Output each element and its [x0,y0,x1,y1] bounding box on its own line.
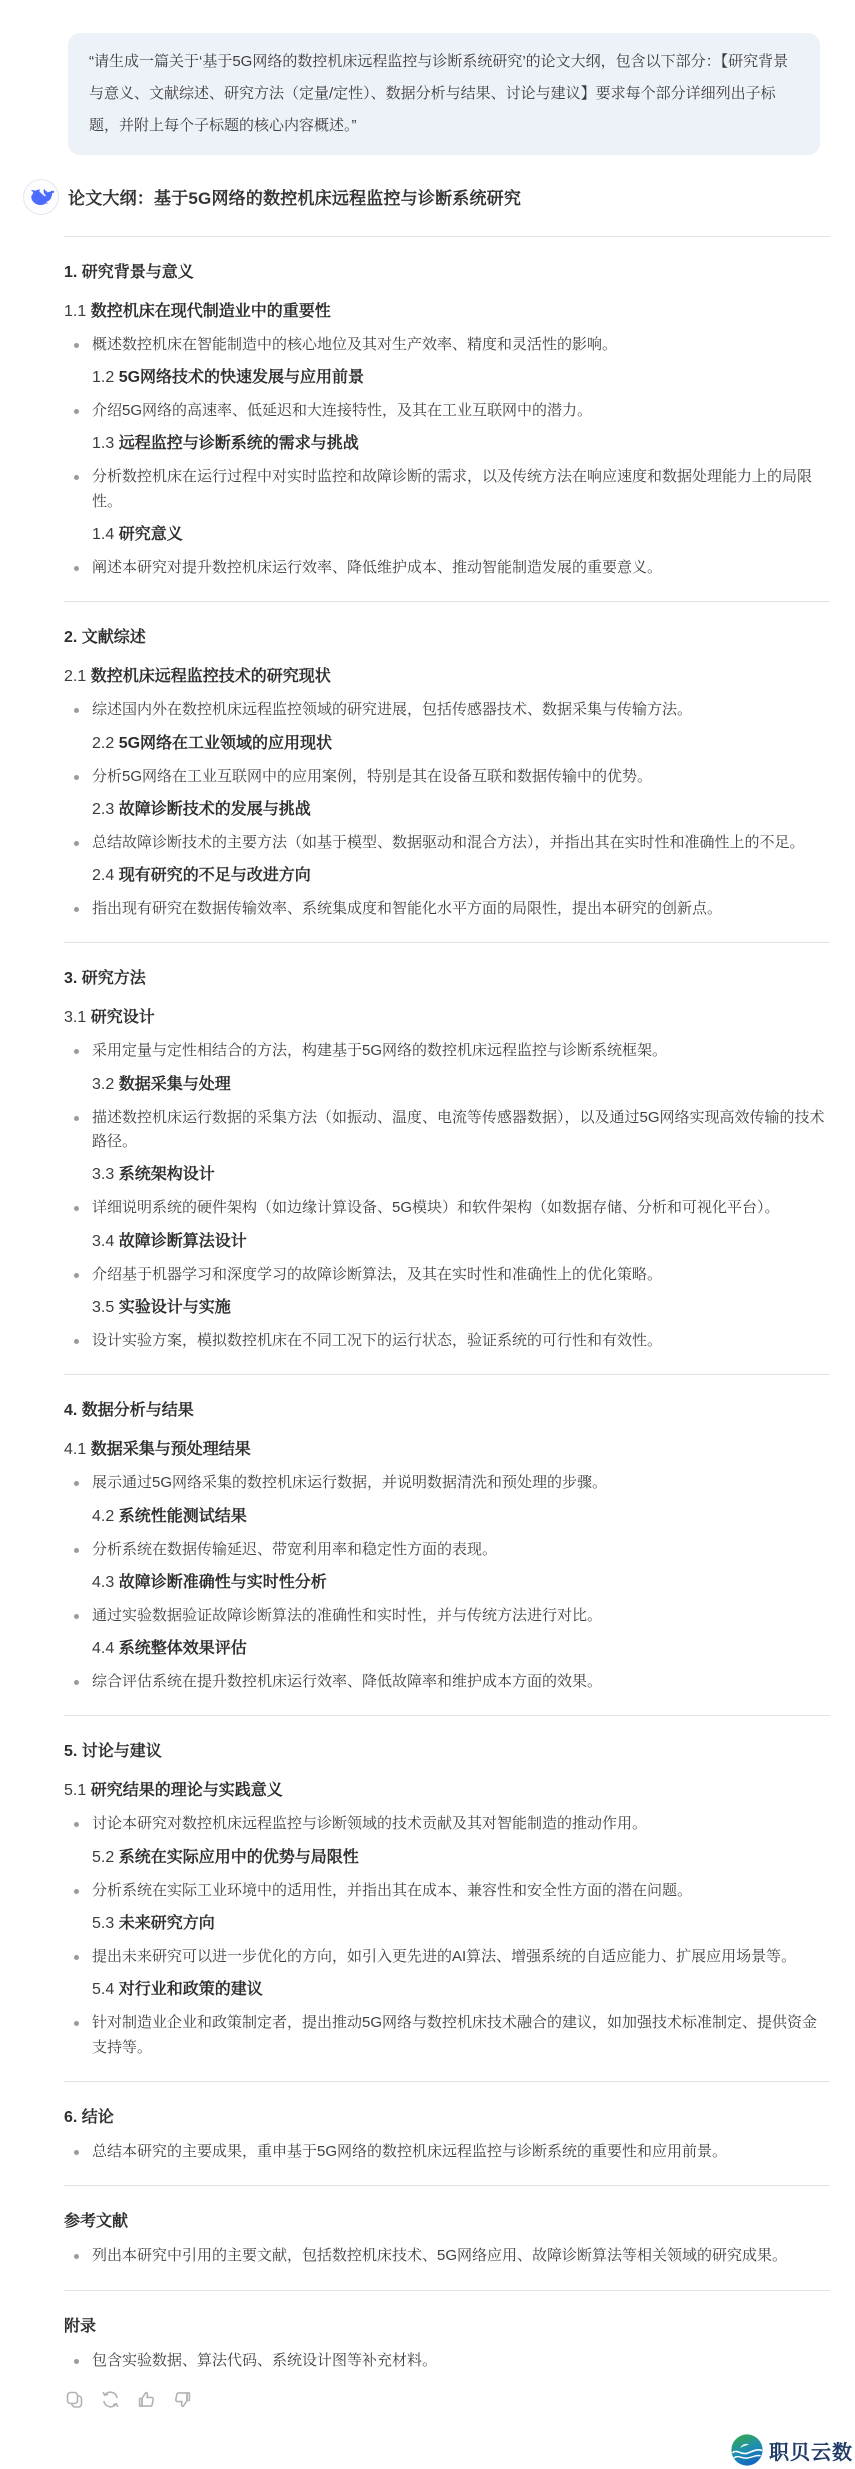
subsection-number: 2.4 [92,867,119,884]
outline-section: 附录包含实验数据、算法代码、系统设计图等补充材料。 [64,2291,830,2373]
subsection-title: 系统在实际应用中的优势与局限性 [119,1849,359,1866]
subsection-heading: 2.2 5G网络在工业领域的应用现状 [92,732,830,756]
brand-logo-icon [730,2433,764,2467]
bullet-item: 分析系统在数据传输延迟、带宽利用率和稳定性方面的表现。 [74,1538,830,1562]
outline-section: 3. 研究方法3.1 研究设计采用定量与定性相结合的方法，构建基于5G网络的数控… [64,943,830,1353]
bullet-item: 介绍基于机器学习和深度学习的故障诊断算法，及其在实时性和准确性上的优化策略。 [74,1263,830,1287]
subsection-number: 5.1 [64,1782,91,1799]
subsection-heading: 1.3 远程监控与诊断系统的需求与挑战 [92,432,830,456]
subsection-number: 4.4 [92,1640,119,1657]
subsection-heading: 4.1 数据采集与预处理结果 [64,1438,830,1462]
answer-action-bar [64,2389,855,2410]
subsection-heading: 4.2 系统性能测试结果 [92,1505,830,1529]
subsection-heading: 1.4 研究意义 [92,523,830,547]
subsection-heading: 2.4 现有研究的不足与改进方向 [92,864,830,888]
bullet-item: 概述数控机床在智能制造中的核心地位及其对生产效率、精度和灵活性的影响。 [74,333,830,357]
subsection-title: 未来研究方向 [119,1915,215,1932]
bullet-text: 阐述本研究对提升数控机床运行效率、降低维护成本、推动智能制造发展的重要意义。 [92,556,662,580]
bullet-item: 分析系统在实际工业环境中的适用性，并指出其在成本、兼容性和安全性方面的潜在问题。 [74,1879,830,1903]
bullet-text: 描述数控机床运行数据的采集方法（如振动、温度、电流等传感器数据），以及通过5G网… [92,1106,830,1155]
bullet-dot [74,1955,79,1960]
section-heading: 1. 研究背景与意义 [64,261,830,285]
thumbs-up-button[interactable] [136,2389,157,2410]
bullet-text: 分析系统在数据传输延迟、带宽利用率和稳定性方面的表现。 [92,1538,497,1562]
bullet-item: 阐述本研究对提升数控机床运行效率、降低维护成本、推动智能制造发展的重要意义。 [74,556,830,580]
subsection-heading: 3.3 系统架构设计 [92,1163,830,1187]
bullet-text: 通过实验数据验证故障诊断算法的准确性和实时性，并与传统方法进行对比。 [92,1604,602,1628]
subsection-title: 数据采集与预处理结果 [91,1441,251,1458]
bullet-dot [74,2254,79,2259]
copy-icon [64,2389,85,2410]
bullet-dot [74,1889,79,1894]
bullet-text: 总结本研究的主要成果，重申基于5G网络的数控机床远程监控与诊断系统的重要性和应用… [92,2140,727,2164]
subsection-title: 研究意义 [119,526,183,543]
bullet-text: 分析数控机床在运行过程中对实时监控和故障诊断的需求，以及传统方法在响应速度和数据… [92,465,830,514]
bullet-dot [74,841,79,846]
subsection-heading: 3.2 数据采集与处理 [92,1073,830,1097]
bullet-dot [74,2150,79,2155]
subsection-heading: 5.2 系统在实际应用中的优势与局限性 [92,1846,830,1870]
outline-section: 4. 数据分析与结果4.1 数据采集与预处理结果展示通过5G网络采集的数控机床运… [64,1375,830,1694]
bullet-text: 采用定量与定性相结合的方法，构建基于5G网络的数控机床远程监控与诊断系统框架。 [92,1039,667,1063]
bullet-text: 分析5G网络在工业互联网中的应用案例，特别是其在设备互联和数据传输中的优势。 [92,765,652,789]
subsection-heading: 3.5 实验设计与实施 [92,1296,830,1320]
subsection-title: 数据采集与处理 [119,1076,231,1093]
subsection-heading: 1.2 5G网络技术的快速发展与应用前景 [92,366,830,390]
regenerate-icon [100,2389,121,2410]
subsection-title: 系统整体效果评估 [119,1640,247,1657]
bullet-text: 设计实验方案，模拟数控机床在不同工况下的运行状态，验证系统的可行性和有效性。 [92,1329,662,1353]
bullet-text: 介绍基于机器学习和深度学习的故障诊断算法，及其在实时性和准确性上的优化策略。 [92,1263,662,1287]
bullet-item: 设计实验方案，模拟数控机床在不同工况下的运行状态，验证系统的可行性和有效性。 [74,1329,830,1353]
regenerate-button[interactable] [100,2389,121,2410]
subsection-heading: 4.3 故障诊断准确性与实时性分析 [92,1571,830,1595]
answer-title: 论文大纲：基于5G网络的数控机床远程监控与诊断系统研究 [68,184,521,209]
bullet-item: 分析5G网络在工业互联网中的应用案例，特别是其在设备互联和数据传输中的优势。 [74,765,830,789]
bullet-item: 通过实验数据验证故障诊断算法的准确性和实时性，并与传统方法进行对比。 [74,1604,830,1628]
subsection-title: 系统性能测试结果 [119,1508,247,1525]
bullet-item: 分析数控机床在运行过程中对实时监控和故障诊断的需求，以及传统方法在响应速度和数据… [74,465,830,514]
subsection-number: 3.5 [92,1299,119,1316]
bullet-item: 讨论本研究对数控机床远程监控与诊断领域的技术贡献及其对智能制造的推动作用。 [74,1812,830,1836]
outline-section: 6. 结论总结本研究的主要成果，重申基于5G网络的数控机床远程监控与诊断系统的重… [64,2082,830,2164]
subsection-number: 2.3 [92,801,119,818]
subsection-heading: 1.1 数控机床在现代制造业中的重要性 [64,300,830,324]
thumbs-up-icon [136,2389,157,2410]
bullet-item: 总结本研究的主要成果，重申基于5G网络的数控机床远程监控与诊断系统的重要性和应用… [74,2140,830,2164]
bullet-dot [74,1680,79,1685]
user-prompt-text: “请生成一篇关于‘基于5G网络的数控机床远程监控与诊断系统研究’的论文大纲，包含… [89,53,788,134]
bullet-dot [74,343,79,348]
subsection-heading: 3.4 故障诊断算法设计 [92,1230,830,1254]
outline-section: 1. 研究背景与意义1.1 数控机床在现代制造业中的重要性概述数控机床在智能制造… [64,237,830,580]
bullet-dot [74,475,79,480]
section-heading: 6. 结论 [64,2106,830,2130]
outline-section: 5. 讨论与建议5.1 研究结果的理论与实践意义讨论本研究对数控机床远程监控与诊… [64,1716,830,2059]
bullet-text: 列出本研究中引用的主要文献，包括数控机床技术、5G网络应用、故障诊断算法等相关领… [92,2244,787,2268]
bullet-item: 展示通过5G网络采集的数控机床运行数据，并说明数据清洗和预处理的步骤。 [74,1471,830,1495]
bullet-dot [74,2021,79,2026]
subsection-title: 实验设计与实施 [119,1299,231,1316]
copy-button[interactable] [64,2389,85,2410]
bullet-text: 总结故障诊断技术的主要方法（如基于模型、数据驱动和混合方法），并指出其在实时性和… [92,831,805,855]
subsection-title: 研究结果的理论与实践意义 [91,1782,283,1799]
outline-sections: 1. 研究背景与意义1.1 数控机床在现代制造业中的重要性概述数控机床在智能制造… [64,236,830,2373]
subsection-heading: 3.1 研究设计 [64,1006,830,1030]
bullet-text: 讨论本研究对数控机床远程监控与诊断领域的技术贡献及其对智能制造的推动作用。 [92,1812,647,1836]
bullet-item: 综合评估系统在提升数控机床运行效率、降低故障率和维护成本方面的效果。 [74,1670,830,1694]
subsection-title: 故障诊断算法设计 [119,1233,247,1250]
subsection-number: 3.1 [64,1009,91,1026]
subsection-title: 数控机床远程监控技术的研究现状 [91,668,331,685]
subsection-title: 对行业和政策的建议 [119,1981,263,1998]
answer-header: 论文大纲：基于5G网络的数控机床远程监控与诊断系统研究 [23,179,830,215]
bullet-item: 指出现有研究在数据传输效率、系统集成度和智能化水平方面的局限性，提出本研究的创新… [74,897,830,921]
bullet-dot [74,1206,79,1211]
subsection-number: 5.2 [92,1849,119,1866]
bullet-text: 综述国内外在数控机床远程监控领域的研究进展，包括传感器技术、数据采集与传输方法。 [92,698,692,722]
bullet-dot [74,1548,79,1553]
subsection-number: 4.2 [92,1508,119,1525]
assistant-avatar [23,179,59,215]
bullet-dot [74,1049,79,1054]
bullet-dot [74,1339,79,1344]
bullet-dot [74,1273,79,1278]
subsection-title: 5G网络技术的快速发展与应用前景 [119,369,364,386]
subsection-title: 故障诊断准确性与实时性分析 [119,1574,327,1591]
bullet-dot [74,409,79,414]
subsection-number: 3.4 [92,1233,119,1250]
subsection-number: 4.3 [92,1574,119,1591]
bullet-dot [74,1614,79,1619]
bullet-item: 介绍5G网络的高速率、低延迟和大连接特性，及其在工业互联网中的潜力。 [74,399,830,423]
bullet-text: 分析系统在实际工业环境中的适用性，并指出其在成本、兼容性和安全性方面的潜在问题。 [92,1879,692,1903]
bullet-dot [74,708,79,713]
bullet-text: 概述数控机床在智能制造中的核心地位及其对生产效率、精度和灵活性的影响。 [92,333,617,357]
brand-name: 职贝云数 [769,2436,853,2465]
subsection-heading: 5.1 研究结果的理论与实践意义 [64,1779,830,1803]
bullet-item: 描述数控机床运行数据的采集方法（如振动、温度、电流等传感器数据），以及通过5G网… [74,1106,830,1155]
brand-watermark: 职贝云数 [730,2433,853,2467]
section-heading: 4. 数据分析与结果 [64,1399,830,1423]
bullet-dot [74,2359,79,2364]
subsection-number: 4.1 [64,1441,91,1458]
bullet-text: 包含实验数据、算法代码、系统设计图等补充材料。 [92,2349,437,2373]
bullet-item: 针对制造业企业和政策制定者，提出推动5G网络与数控机床技术融合的建议，如加强技术… [74,2011,830,2060]
subsection-heading: 5.3 未来研究方向 [92,1912,830,1936]
subsection-number: 2.2 [92,735,119,752]
bullet-dot [74,775,79,780]
section-heading: 附录 [64,2315,830,2339]
subsection-heading: 4.4 系统整体效果评估 [92,1637,830,1661]
bullet-item: 提出未来研究可以进一步优化的方向，如引入更先进的AI算法、增强系统的自适应能力、… [74,1945,830,1969]
chat-page: “请生成一篇关于‘基于5G网络的数控机床远程监控与诊断系统研究’的论文大纲，包含… [0,0,855,2469]
section-heading: 参考文献 [64,2210,830,2234]
bullet-dot [74,907,79,912]
subsection-title: 5G网络在工业领域的应用现状 [119,735,332,752]
bullet-text: 综合评估系统在提升数控机床运行效率、降低故障率和维护成本方面的效果。 [92,1670,602,1694]
bullet-dot [74,1822,79,1827]
subsection-title: 系统架构设计 [119,1166,215,1183]
bullet-item: 总结故障诊断技术的主要方法（如基于模型、数据驱动和混合方法），并指出其在实时性和… [74,831,830,855]
bullet-text: 提出未来研究可以进一步优化的方向，如引入更先进的AI算法、增强系统的自适应能力、… [92,1945,796,1969]
bullet-item: 包含实验数据、算法代码、系统设计图等补充材料。 [74,2349,830,2373]
bullet-text: 指出现有研究在数据传输效率、系统集成度和智能化水平方面的局限性，提出本研究的创新… [92,897,722,921]
bullet-item: 详细说明系统的硬件架构（如边缘计算设备、5G模块）和软件架构（如数据存储、分析和… [74,1196,830,1220]
subsection-heading: 2.3 故障诊断技术的发展与挑战 [92,798,830,822]
section-heading: 2. 文献综述 [64,626,830,650]
section-heading: 5. 讨论与建议 [64,1740,830,1764]
subsection-number: 3.3 [92,1166,119,1183]
subsection-title: 故障诊断技术的发展与挑战 [119,801,311,818]
subsection-number: 1.1 [64,303,91,320]
bullet-item: 综述国内外在数控机床远程监控领域的研究进展，包括传感器技术、数据采集与传输方法。 [74,698,830,722]
subsection-number: 3.2 [92,1076,119,1093]
outline-section: 参考文献列出本研究中引用的主要文献，包括数控机床技术、5G网络应用、故障诊断算法… [64,2186,830,2268]
subsection-heading: 5.4 对行业和政策的建议 [92,1978,830,2002]
bullet-text: 针对制造业企业和政策制定者，提出推动5G网络与数控机床技术融合的建议，如加强技术… [92,2011,830,2060]
thumbs-down-button[interactable] [172,2389,193,2410]
section-heading: 3. 研究方法 [64,967,830,991]
subsection-title: 研究设计 [91,1009,155,1026]
bullet-text: 详细说明系统的硬件架构（如边缘计算设备、5G模块）和软件架构（如数据存储、分析和… [92,1196,780,1220]
user-prompt-bubble: “请生成一篇关于‘基于5G网络的数控机床远程监控与诊断系统研究’的论文大纲，包含… [68,33,820,155]
subsection-number: 1.2 [92,369,119,386]
subsection-number: 1.3 [92,435,119,452]
subsection-heading: 2.1 数控机床远程监控技术的研究现状 [64,665,830,689]
bullet-text: 展示通过5G网络采集的数控机床运行数据，并说明数据清洗和预处理的步骤。 [92,1471,607,1495]
bullet-dot [74,1481,79,1486]
bullet-text: 介绍5G网络的高速率、低延迟和大连接特性，及其在工业互联网中的潜力。 [92,399,592,423]
subsection-title: 现有研究的不足与改进方向 [119,867,311,884]
subsection-title: 数控机床在现代制造业中的重要性 [91,303,331,320]
subsection-number: 2.1 [64,668,91,685]
bullet-item: 采用定量与定性相结合的方法，构建基于5G网络的数控机床远程监控与诊断系统框架。 [74,1039,830,1063]
subsection-number: 5.3 [92,1915,119,1932]
subsection-number: 5.4 [92,1981,119,1998]
thumbs-down-icon [172,2389,193,2410]
subsection-title: 远程监控与诊断系统的需求与挑战 [119,435,359,452]
bullet-dot [74,566,79,571]
subsection-number: 1.4 [92,526,119,543]
bullet-item: 列出本研究中引用的主要文献，包括数控机床技术、5G网络应用、故障诊断算法等相关领… [74,2244,830,2268]
outline-section: 2. 文献综述2.1 数控机床远程监控技术的研究现状综述国内外在数控机床远程监控… [64,602,830,921]
deepseek-whale-icon [28,184,54,210]
bullet-dot [74,1116,79,1121]
